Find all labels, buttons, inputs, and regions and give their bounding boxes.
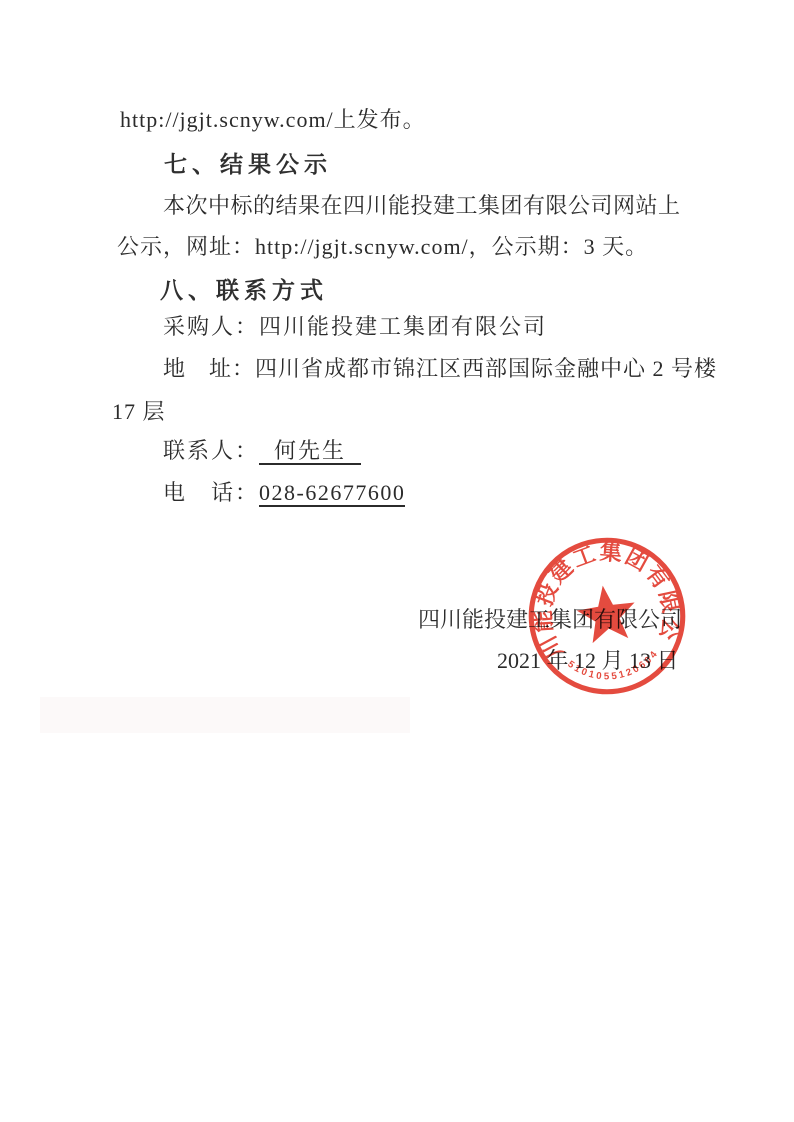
section-heading-contact: 八、联系方式	[160, 278, 328, 303]
contact-person-line: 联系人：何先生	[163, 438, 361, 465]
address-line-1: 地 址：四川省成都市锦江区西部国际金融中心 2 号楼	[163, 356, 717, 381]
phone-number: 028-62677600	[259, 480, 405, 507]
phone-label: 电 话：	[163, 480, 259, 505]
result-paragraph-line-2: 公示，网址：http://jgjt.scnyw.com/，公示期：3 天。	[117, 234, 648, 259]
signature-date: 2021 年 12 月 13 日	[497, 644, 679, 675]
address-line-2: 17 层	[112, 399, 166, 424]
phone-line: 电 话：028-62677600	[163, 480, 405, 507]
body-continuation-line: http://jgjt.scnyw.com/上发布。	[120, 107, 426, 132]
scan-noise-band	[40, 697, 410, 733]
contact-person-name: 何先生	[259, 438, 361, 465]
document-page: http://jgjt.scnyw.com/上发布。 七、结果公示 本次中标的结…	[0, 0, 794, 1122]
result-paragraph-line-1: 本次中标的结果在四川能投建工集团有限公司网站上	[163, 193, 681, 218]
contact-person-label: 联系人：	[163, 438, 259, 463]
purchaser-line: 采购人：四川能投建工集团有限公司	[163, 314, 547, 339]
section-heading-result: 七、结果公示	[164, 152, 332, 177]
signature-company: 四川能投建工集团有限公司	[418, 603, 682, 634]
